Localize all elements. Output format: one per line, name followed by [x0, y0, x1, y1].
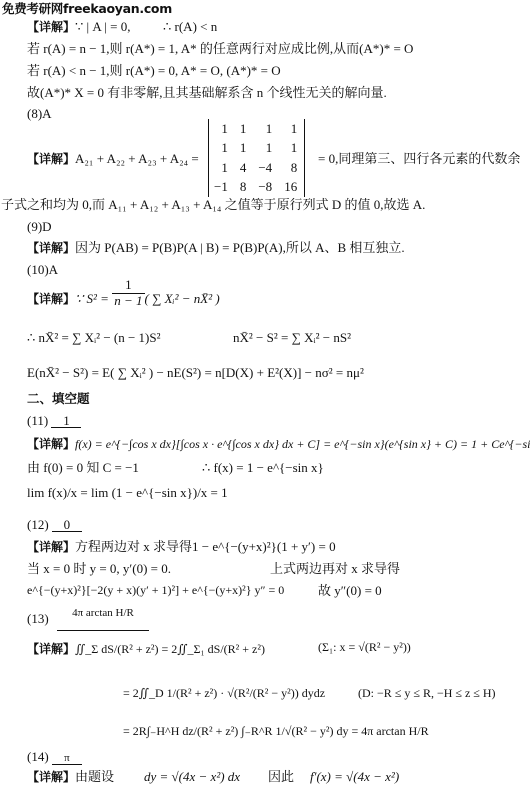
q8-lhs-line: 【详解】A₂₁ + A₂₂ + A₂₃ + A₂₄ =	[27, 152, 199, 165]
q11-line2a: 由 f(0) = 0 知 C = −1	[27, 461, 139, 474]
det-row: 14−48	[209, 158, 304, 178]
detail-tag: 【详解】	[27, 241, 75, 255]
q8-header: (8)A	[27, 107, 52, 120]
q11-line3: lim f(x)/x = lim (1 − e^{−sin x})/x = 1	[27, 486, 228, 499]
detail-tag: 【详解】	[27, 292, 75, 306]
q12-line3b: 故 y″(0) = 0	[318, 584, 382, 597]
q8-continuation: 子式之和均为 0,而 A₁₁ + A₁₂ + A₁₃ + A₁₄ 之值等于原行列…	[1, 198, 425, 211]
q8-rhs: = 0,同理第三、四行各元素的代数余	[318, 152, 520, 165]
answer-blank: 1	[51, 414, 81, 428]
q13-line1b: (Σ₁: x = √(R² − y²))	[318, 641, 411, 653]
detail-tag: 【详解】	[27, 437, 75, 451]
q12-line1b: 1 − e^{−(y+x)²}(1 + y′) = 0	[192, 540, 336, 553]
q13-line2b: (D: −R ≤ y ≤ R, −H ≤ z ≤ H)	[358, 687, 496, 699]
q14-line1c: 因此	[268, 770, 294, 783]
section-title: 二、填空题	[27, 393, 90, 406]
q9-line1: 【详解】因为 P(AB) = P(B)P(A | B) = P(B)P(A),所…	[27, 241, 405, 254]
q11-line2b: ∴ f(x) = 1 − e^{−sin x}	[202, 461, 324, 474]
q7-line1: 【详解】∵ | A | = 0,	[27, 20, 131, 33]
q13-header: (13)	[27, 612, 49, 625]
q14-line1b: dy = √(4x − x²) dx	[144, 770, 240, 783]
det-row: 1111	[209, 119, 304, 139]
q10-header: (10)A	[27, 263, 58, 276]
detail-tag: 【详解】	[27, 540, 75, 554]
q12-line2b: 上式两边再对 x 求导得	[270, 562, 400, 575]
q13-line1a: 【详解】∬_Σ dS/(R² + z²) = 2∬_Σ₁ dS/(R² + z²…	[27, 643, 265, 655]
q11-line1: 【详解】f(x) = e^{−∫cos x dx}[∫cos x · e^{∫c…	[27, 438, 530, 450]
q8-determinant: 1111 1111 14−48 −18−816	[208, 119, 305, 197]
answer-blank: 4π arctan H/R	[57, 600, 149, 631]
q10-line1: 【详解】∵ S² = 1n − 1( ∑ Xᵢ² − nX̄² )	[27, 292, 220, 308]
q9-header: (9)D	[27, 220, 52, 233]
q7-conclusion: ∴ r(A) < n	[163, 20, 217, 33]
det-row: 1111	[209, 139, 304, 159]
q14-line1: 【详解】由题设	[27, 770, 114, 783]
q10-line2a: ∴ nX̄² = ∑ Xᵢ² − (n − 1)S²	[27, 331, 161, 344]
q12-line1a: 【详解】方程两边对 x 求导得	[27, 540, 192, 553]
detail-tag: 【详解】	[27, 770, 75, 784]
q13-line2a: = 2∬_D 1/(R² + z²) · √(R²/(R² − y²)) dyd…	[123, 687, 325, 699]
q12-line3a: e^{−(y+x)²}[−2(y + x)(y′ + 1)²] + e^{−(y…	[27, 584, 284, 596]
answer-blank: 0	[52, 518, 82, 532]
q12-header: (12) 0	[27, 518, 82, 532]
detail-tag: 【详解】	[27, 20, 75, 34]
q13-line3: = 2R∫₋H^H dz/(R² + z²) ∫₋R^R 1/√(R² − y²…	[123, 725, 429, 737]
q7-line4: 故(A*)* X = 0 有非零解,且其基础解系含 n 个线性无关的解向量.	[27, 86, 387, 99]
q10-line2b: nX̄² − S² = ∑ Xᵢ² − nS²	[233, 331, 351, 344]
detail-tag: 【详解】	[27, 152, 75, 166]
q7-line3: 若 r(A) < n − 1,则 r(A*) = 0, A* = O, (A*)…	[27, 64, 281, 77]
q11-header: (11) 1	[27, 414, 81, 428]
q10-line3: E(nX̄² − S²) = E( ∑ Xᵢ² ) − nE(S²) = n[D…	[27, 366, 364, 379]
q7-line2: 若 r(A) = n − 1,则 r(A*) = 1, A* 的任意两行对应成比…	[27, 42, 413, 55]
watermark: 免费考研网freekaoyan.com	[2, 3, 172, 16]
fraction: 1n − 1	[112, 278, 144, 308]
answer-blank: π	[52, 753, 82, 765]
q7-given: ∵ | A | = 0,	[75, 19, 130, 34]
q8-lhs: A₂₁ + A₂₂ + A₂₃ + A₂₄ =	[75, 151, 199, 166]
q14-line1d: f′(x) = √(4x − x²)	[310, 770, 399, 783]
q14-header: (14) π	[27, 750, 82, 765]
detail-tag: 【详解】	[27, 642, 75, 656]
q12-line2a: 当 x = 0 时 y = 0, y′(0) = 0.	[27, 562, 171, 575]
det-row: −18−816	[209, 178, 304, 198]
